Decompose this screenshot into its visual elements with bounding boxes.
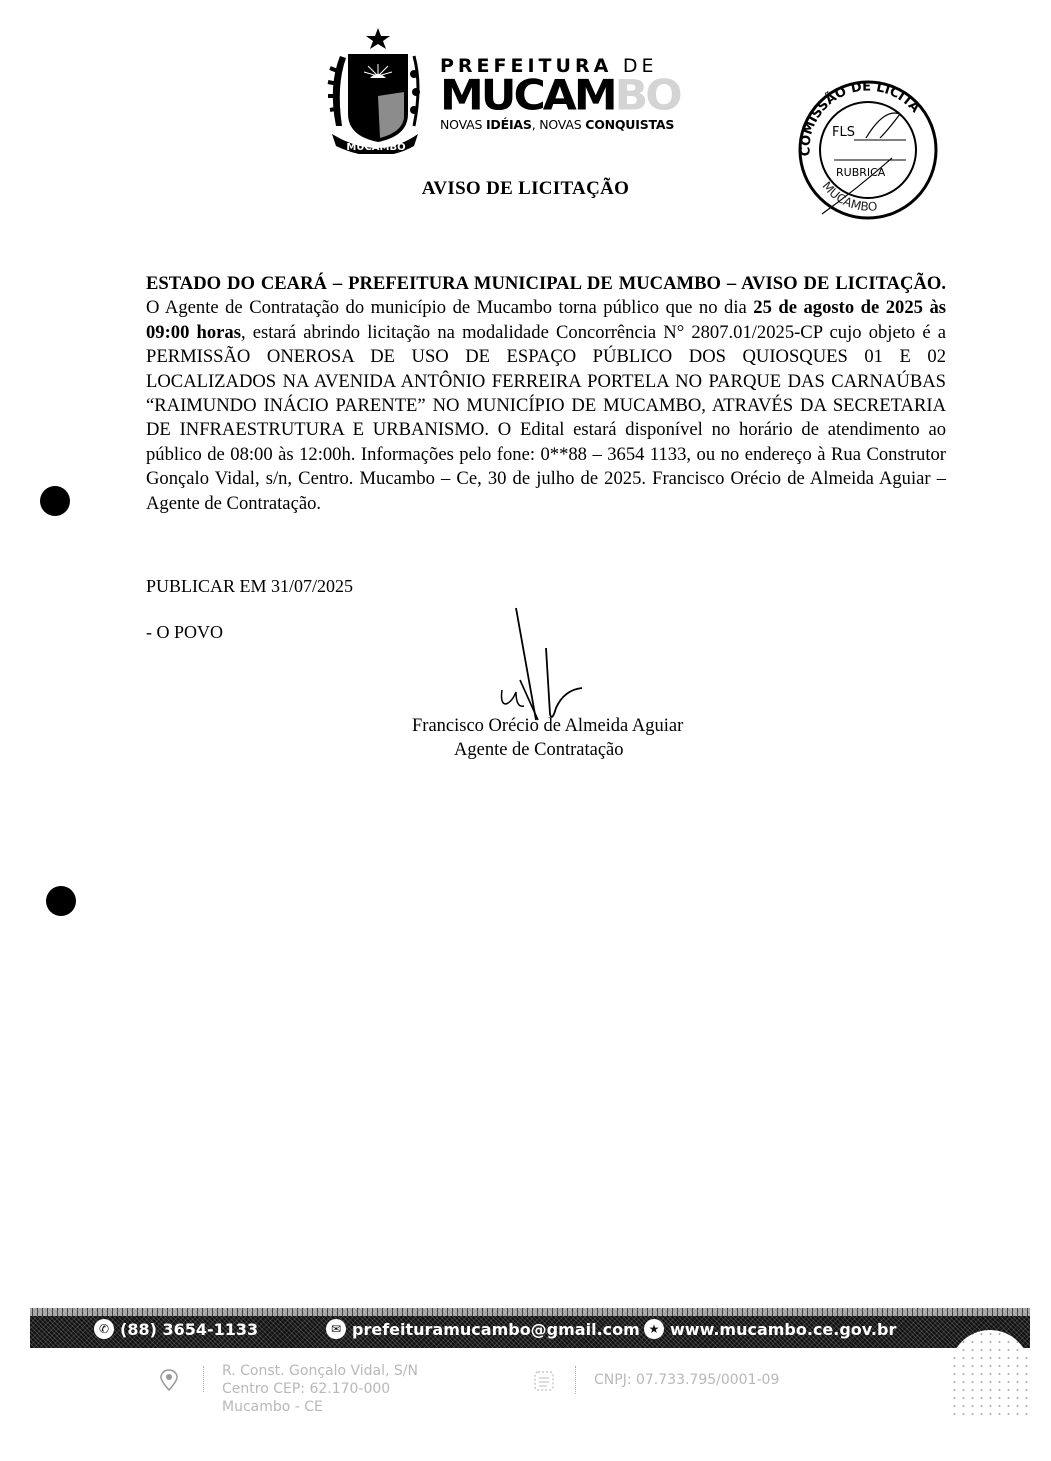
logo-line-mucambo: MUCAMBO bbox=[440, 76, 720, 116]
notice-body: ESTADO DO CEARÁ – PREFEITURA MUNICIPAL D… bbox=[146, 272, 946, 516]
document-title: AVISO DE LICITAÇÃO bbox=[0, 178, 1051, 200]
signer-name: Francisco Orécio de Almeida Aguiar bbox=[412, 716, 683, 737]
svg-text:MUCAMBO: MUCAMBO bbox=[346, 142, 405, 153]
prefeitura-logo: MUCAMBO PREFEITURA DE MUCAMBO NOVAS IDÉI… bbox=[318, 26, 718, 156]
municipal-crest-icon: MUCAMBO bbox=[318, 26, 422, 154]
email-icon: ✉ bbox=[326, 1319, 346, 1339]
svg-text:FLS: FLS bbox=[832, 125, 855, 140]
notice-lead: ESTADO DO CEARÁ – PREFEITURA MUNICIPAL D… bbox=[146, 273, 946, 294]
globe-icon: ★ bbox=[644, 1319, 664, 1339]
publish-date-note: PUBLICAR EM 31/07/2025 bbox=[146, 576, 353, 597]
footer-cnpj: CNPJ: 07.733.795/0001-09 bbox=[594, 1371, 779, 1389]
location-pin-icon bbox=[158, 1368, 180, 1392]
footer-contact-bar: ✆ (88) 3654-1133 ✉ prefeituramucambo@gma… bbox=[30, 1308, 1030, 1348]
footer-address: R. Const. Gonçalo Vidal, S/N Centro CEP:… bbox=[222, 1362, 418, 1416]
footer-email: ✉ prefeituramucambo@gmail.com bbox=[326, 1319, 640, 1339]
footer-phone: ✆ (88) 3654-1133 bbox=[94, 1319, 258, 1339]
footer-separator bbox=[575, 1366, 576, 1394]
footer-website: ★ www.mucambo.ce.gov.br bbox=[644, 1319, 896, 1339]
licitacao-commission-stamp: COMISSÃO DE LICITA MUCAMBO FLS RUBRICA bbox=[788, 78, 950, 223]
document-icon bbox=[531, 1370, 557, 1392]
handwritten-signature bbox=[494, 604, 604, 728]
footer-decoration bbox=[950, 1330, 1030, 1420]
logo-wordmark: PREFEITURA DE MUCAMBO NOVAS IDÉIAS, NOVA… bbox=[440, 56, 720, 132]
punch-hole bbox=[40, 486, 70, 516]
punch-hole bbox=[46, 886, 76, 916]
signer-role: Agente de Contratação bbox=[454, 740, 624, 761]
logo-slogan: NOVAS IDÉIAS, NOVAS CONQUISTAS bbox=[440, 118, 720, 132]
phone-icon: ✆ bbox=[94, 1319, 114, 1339]
footer-separator bbox=[203, 1366, 204, 1392]
publication-outlet: - O POVO bbox=[146, 622, 223, 643]
